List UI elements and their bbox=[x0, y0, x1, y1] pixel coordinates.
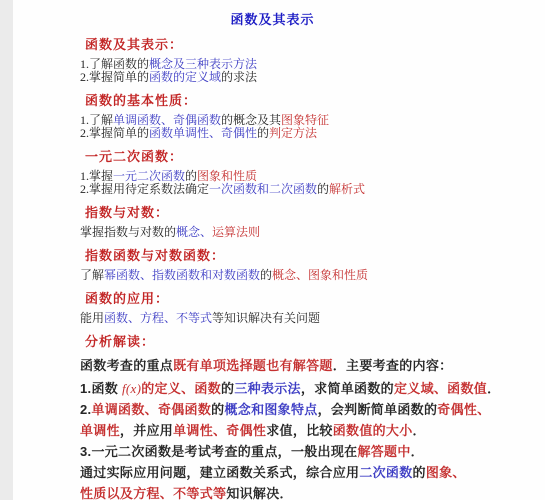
text-segment: 解析式 bbox=[329, 182, 365, 196]
text-segment: 的 bbox=[185, 169, 197, 183]
text-segment: 性质以及方程、不等式等 bbox=[80, 486, 226, 500]
text-segment: 1.函数 bbox=[80, 381, 122, 396]
text-segment: ，会判断简单函数的 bbox=[318, 402, 438, 417]
text-segment: 等知识解决有关问题 bbox=[212, 311, 320, 325]
text-segment: 了解 bbox=[80, 268, 104, 282]
text-segment: 的 bbox=[317, 182, 329, 196]
text-segment: 2. bbox=[80, 402, 91, 417]
text-segment: 3.一元二次函数是考试考查的重点，一般出现在 bbox=[80, 444, 357, 459]
text-line: 函数考查的重点既有单项选择题也有解答题．主要考查的内容： bbox=[80, 355, 519, 376]
text-segment: 2.掌握用待定系数法确定 bbox=[80, 182, 209, 196]
text-segment: 一元二次函数： bbox=[85, 149, 183, 164]
text-line: 1.函数 f(x)的定义、函数的三种表示法，求简单函数的定义域、函数值． bbox=[80, 378, 519, 399]
text-segment: 图象和性质 bbox=[197, 169, 257, 183]
text-segment: 幂函数、指数函数和对数函数 bbox=[104, 268, 260, 282]
text-segment: 函数考查的重点 bbox=[80, 358, 173, 373]
document-page: 函数及其表示 函数及其表示：1.了解函数的概念及三种表示方法2.掌握简单的函数的… bbox=[0, 0, 545, 500]
section-heading: 指数函数与对数函数： bbox=[80, 248, 519, 263]
text-segment: f(x) bbox=[122, 381, 141, 396]
text-segment: 图象、 bbox=[426, 465, 466, 480]
text-line: 3.一元二次函数是考试考查的重点，一般出现在解答题中． bbox=[80, 441, 519, 462]
text-segment: ，求简单函数的 bbox=[301, 381, 394, 396]
text-line: 了解幂函数、指数函数和对数函数的概念、图象和性质 bbox=[80, 269, 519, 282]
text-segment: 的定义、函数 bbox=[141, 381, 221, 396]
text-line: 2.单调函数、奇偶函数的概念和图象特点，会判断简单函数的奇偶性、 bbox=[80, 399, 519, 420]
text-segment: 解答题中 bbox=[357, 444, 410, 459]
text-segment: 的 bbox=[211, 402, 224, 417]
document-body: 函数及其表示：1.了解函数的概念及三种表示方法2.掌握简单的函数的定义域的求法函… bbox=[80, 37, 519, 500]
text-segment: 函数的基本性质： bbox=[85, 93, 197, 108]
text-segment: 图象特征 bbox=[281, 113, 329, 127]
document-title: 函数及其表示 bbox=[0, 12, 545, 28]
section-heading: 函数及其表示： bbox=[80, 37, 519, 52]
text-segment: 奇偶性、 bbox=[437, 402, 490, 417]
text-segment: 掌握指数与对数的 bbox=[80, 225, 176, 239]
text-segment: 的求法 bbox=[221, 70, 257, 84]
section-heading: 一元二次函数： bbox=[80, 149, 519, 164]
text-segment: 一次函数和二次函数 bbox=[209, 182, 317, 196]
text-segment: 定义域、函数值 bbox=[394, 381, 487, 396]
text-segment: 判定方法 bbox=[269, 126, 317, 140]
text-line: 性质以及方程、不等式等知识解决． bbox=[80, 483, 519, 500]
text-segment: 函数及其表示： bbox=[85, 37, 183, 52]
text-segment: 二次函数 bbox=[359, 465, 412, 480]
text-line: 掌握指数与对数的概念、运算法则 bbox=[80, 226, 519, 239]
text-segment: ．主要考查的内容： bbox=[333, 358, 453, 373]
text-segment: 单调性、奇偶性 bbox=[173, 423, 266, 438]
section-heading: 函数的应用： bbox=[80, 291, 519, 306]
text-segment: ，并应用 bbox=[120, 423, 173, 438]
section-heading: 函数的基本性质： bbox=[80, 93, 519, 108]
text-segment: 函数的应用： bbox=[85, 291, 169, 306]
text-segment: 的概念及其 bbox=[221, 113, 281, 127]
text-segment: 2.掌握简单的 bbox=[80, 126, 149, 140]
text-segment: 函数单调性、奇偶性 bbox=[149, 126, 257, 140]
text-segment: 单调函数、奇偶函数 bbox=[113, 113, 221, 127]
text-line: 2.掌握用待定系数法确定一次函数和二次函数的解析式 bbox=[80, 183, 519, 196]
text-line: 能用函数、方程、不等式等知识解决有关问题 bbox=[80, 312, 519, 325]
text-segment: 一元二次函数 bbox=[113, 169, 185, 183]
text-segment: 1.了解 bbox=[80, 113, 113, 127]
text-segment: 求值，比较 bbox=[266, 423, 333, 438]
text-segment: 指数函数与对数函数： bbox=[85, 248, 225, 263]
text-segment: 概念及三种表示方法 bbox=[149, 57, 257, 71]
text-segment: 单调性 bbox=[80, 423, 120, 438]
text-segment: 2.掌握简单的 bbox=[80, 70, 149, 84]
text-segment: ． bbox=[487, 381, 500, 396]
text-segment: 概念和图象特点 bbox=[224, 402, 317, 417]
text-segment: 分析解读： bbox=[85, 334, 155, 349]
text-segment: 知识解决． bbox=[226, 486, 293, 500]
text-segment: 函数值的大小 bbox=[333, 423, 413, 438]
text-segment: 运算法则 bbox=[212, 225, 260, 239]
text-segment: 函数的定义域 bbox=[149, 70, 221, 84]
document-content: 函数及其表示 函数及其表示：1.了解函数的概念及三种表示方法2.掌握简单的函数的… bbox=[0, 0, 545, 500]
text-segment: 的 bbox=[260, 268, 272, 282]
text-segment: 的 bbox=[221, 381, 234, 396]
text-segment: 的 bbox=[413, 465, 426, 480]
section-heading: 指数与对数： bbox=[80, 205, 519, 220]
text-segment: 函数、方程、不等式 bbox=[104, 311, 212, 325]
text-segment: 指数与对数： bbox=[85, 205, 169, 220]
text-segment: 1.了解函数的 bbox=[80, 57, 149, 71]
text-line: 单调性，并应用单调性、奇偶性求值，比较函数值的大小． bbox=[80, 420, 519, 441]
text-segment: 单调函数、奇偶函数 bbox=[91, 402, 211, 417]
text-segment: 的 bbox=[257, 126, 269, 140]
text-segment: 概念、 bbox=[176, 225, 212, 239]
text-line: 2.掌握简单的函数的定义域的求法 bbox=[80, 71, 519, 84]
text-segment: 既有单项选择题也有解答题 bbox=[173, 358, 333, 373]
text-segment: 概念、图象和性质 bbox=[272, 268, 368, 282]
text-segment: 通过实际应用问题，建立函数关系式，综合应用 bbox=[80, 465, 359, 480]
text-segment: 1.掌握 bbox=[80, 169, 113, 183]
text-segment: ． bbox=[413, 423, 426, 438]
section-heading: 分析解读： bbox=[80, 334, 519, 349]
text-segment: 能用 bbox=[80, 311, 104, 325]
text-line: 2.掌握简单的函数单调性、奇偶性的判定方法 bbox=[80, 127, 519, 140]
text-line: 通过实际应用问题，建立函数关系式，综合应用二次函数的图象、 bbox=[80, 462, 519, 483]
text-segment: 三种表示法 bbox=[234, 381, 301, 396]
text-segment: ． bbox=[411, 444, 424, 459]
